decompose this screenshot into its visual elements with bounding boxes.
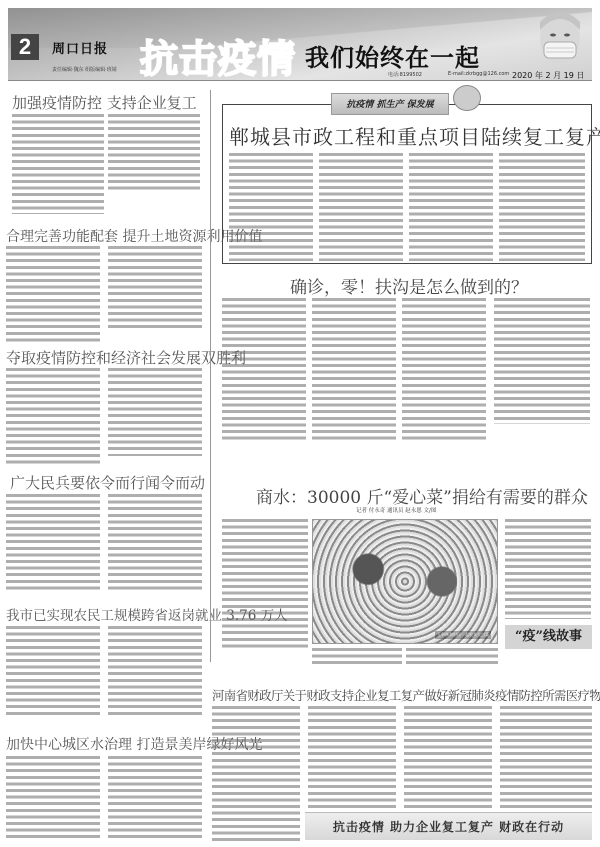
section-title: 抗击疫情	[140, 28, 296, 83]
notice-col-3	[404, 706, 492, 810]
newspaper-page: 2 周口日报 责任编辑·魏东 组版编辑·班婧 抗击疫情 我们始终在一起 电话:8…	[0, 0, 600, 847]
fugou-col-3	[402, 298, 486, 440]
article-4-col-2	[108, 494, 202, 590]
yi-line-story-label: “疫”线故事	[505, 625, 592, 649]
fugou-col-2	[312, 298, 396, 440]
byline: 记者 付永奇 通讯员 赵永恩 文/图	[356, 506, 436, 514]
feature-badge: 抗疫情 抓生产 保发展	[331, 93, 449, 115]
notice-col-4	[500, 706, 592, 810]
article-1-col-1	[12, 114, 104, 214]
article-2-col-1	[6, 246, 100, 342]
email: E-mail:zkrbgg@126.com	[448, 71, 509, 77]
column-divider	[210, 90, 211, 662]
shangshui-col-2	[312, 648, 402, 668]
cabbage-field-photo: 王争林和村民一起收获大白菜	[312, 519, 498, 644]
section-slogan: 我们始终在一起	[305, 38, 480, 73]
headline-4: 广大民兵要依令而行闻令而动	[10, 472, 205, 493]
mask-icon	[453, 85, 481, 111]
feature-col-3	[409, 153, 493, 261]
headline-fugou: 确诊，零！扶沟是怎么做到的？	[290, 273, 528, 298]
article-5-col-2	[108, 626, 202, 718]
editors-credit: 责任编辑·魏东 组版编辑·班婧	[52, 66, 117, 73]
photo-caption: 王争林和村民一起收获大白菜	[435, 631, 491, 639]
article-1-col-2	[108, 114, 200, 192]
feature-col-4	[499, 153, 585, 261]
masthead-rule	[8, 80, 592, 81]
article-4-col-1	[6, 494, 100, 590]
shangshui-col-1	[222, 519, 308, 649]
page-number: 2	[11, 34, 39, 60]
fugou-col-4	[494, 298, 590, 424]
shangshui-col-3	[406, 648, 498, 668]
feature-headline: 郸城县市政工程和重点项目陆续复工复产	[229, 121, 600, 150]
fugou-col-1	[222, 298, 306, 440]
headline-1: 加强疫情防控 支持企业复工	[12, 92, 197, 113]
article-6-col-2	[108, 756, 202, 842]
notice-col-2	[308, 706, 396, 810]
headline-finance-notice: 河南省财政厅关于财政支持企业复工复产做好新冠肺炎疫情防控所需医疗物资生产供应工作…	[212, 686, 600, 704]
feature-box: 抗疫情 抓生产 保发展 郸城县市政工程和重点项目陆续复工复产	[222, 104, 592, 264]
shangshui-col-4	[505, 519, 591, 619]
feature-col-2	[319, 153, 403, 261]
article-3-col-2	[108, 368, 202, 456]
feature-col-1	[229, 153, 313, 261]
notice-col-1	[212, 706, 300, 844]
phone: 电话:8199502	[388, 71, 422, 78]
article-2-col-2	[108, 246, 202, 332]
masked-nurse-icon	[530, 8, 590, 70]
headline-shangshui: 商水：30000 斤“爱心菜”捐给有需要的群众	[256, 483, 588, 508]
finance-banner: 抗击疫情 助力企业复工复产 财政在行动	[305, 812, 592, 840]
article-6-col-1	[6, 756, 100, 842]
article-5-col-1	[6, 626, 100, 718]
paper-name: 周口日报	[52, 38, 108, 57]
article-3-col-1	[6, 368, 100, 464]
